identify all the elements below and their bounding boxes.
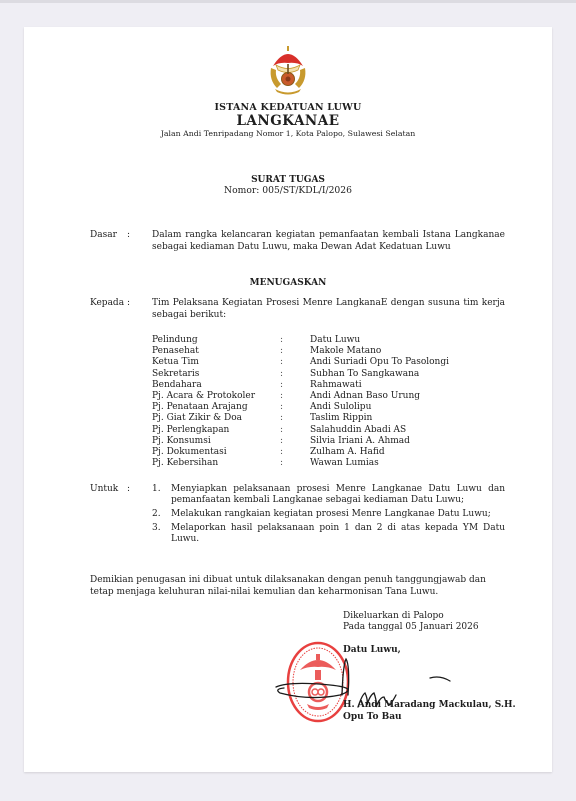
kepada-colon: :	[127, 298, 130, 308]
issue-info: Dikeluarkan di Palopo Pada tanggal 05 Ja…	[343, 611, 479, 634]
dasar-colon: :	[127, 230, 130, 240]
untuk-label: Untuk	[90, 484, 118, 494]
team-colon: :	[280, 369, 283, 380]
team-list: Pelindung:Datu LuwuPenasehat:Makole Mata…	[152, 335, 452, 469]
team-row: Pj. Acara & Protokoler:Andi Adnan Baso U…	[152, 391, 452, 402]
team-colon: :	[280, 436, 283, 447]
team-role: Pj. Kebersihan	[152, 458, 218, 469]
team-member-name: Zulham A. Hafid	[310, 447, 385, 458]
menugaskan-heading: MENUGASKAN	[24, 278, 552, 288]
team-member-name: Andi Suriadi Opu To Pasolongi	[310, 357, 449, 368]
issue-place: Dikeluarkan di Palopo	[343, 611, 479, 622]
team-member-name: Wawan Lumias	[310, 458, 379, 469]
kedatuan-emblem-icon	[267, 44, 309, 96]
team-role: Pj. Acara & Protokoler	[152, 391, 255, 402]
team-row: Pj. Penataan Arajang:Andi Sulolipu	[152, 402, 452, 413]
task-text: Melakukan rangkaian kegiatan prosesi Men…	[171, 509, 491, 519]
team-colon: :	[280, 447, 283, 458]
task-number: 1.	[152, 484, 161, 495]
kepada-text: Tim Pelaksana Kegiatan Prosesi Menre Lan…	[152, 298, 505, 321]
team-role: Pj. Konsumsi	[152, 436, 211, 447]
institution-subtitle: LANGKANAE	[24, 113, 552, 129]
team-colon: :	[280, 346, 283, 357]
task-list: 1.Menyiapkan pelaksanaan prosesi Menre L…	[152, 484, 505, 548]
task-number: 3.	[152, 523, 161, 534]
team-role: Pj. Dokumentasi	[152, 447, 227, 458]
team-member-name: Silvia Iriani A. Ahmad	[310, 436, 410, 447]
team-role: Bendahara	[152, 380, 202, 391]
untuk-colon: :	[127, 484, 130, 494]
team-row: Pj. Giat Zikir & Doa:Taslim Rippin	[152, 413, 452, 424]
team-row: Bendahara:Rahmawati	[152, 380, 452, 391]
document-title: SURAT TUGAS	[24, 175, 552, 185]
team-role: Pj. Perlengkapan	[152, 425, 229, 436]
top-bar	[0, 0, 576, 3]
team-colon: :	[280, 391, 283, 402]
signatory-honorific: Opu To Bau	[343, 712, 516, 724]
dasar-text: Dalam rangka kelancaran kegiatan pemanfa…	[152, 230, 505, 253]
team-colon: :	[280, 425, 283, 436]
team-role: Pj. Penataan Arajang	[152, 402, 248, 413]
closing-paragraph: Demikian penugasan ini dibuat untuk dila…	[90, 575, 505, 598]
team-row: Pelindung:Datu Luwu	[152, 335, 452, 346]
team-member-name: Taslim Rippin	[310, 413, 372, 424]
document-number: Nomor: 005/ST/KDL/I/2026	[24, 185, 552, 196]
team-colon: :	[280, 458, 283, 469]
issue-date: Pada tanggal 05 Januari 2026	[343, 622, 479, 633]
team-row: Pj. Kebersihan:Wawan Lumias	[152, 458, 452, 469]
team-member-name: Andi Sulolipu	[310, 402, 371, 413]
team-role: Sekretaris	[152, 369, 199, 380]
team-colon: :	[280, 335, 283, 346]
task-item: 1.Menyiapkan pelaksanaan prosesi Menre L…	[152, 484, 505, 506]
task-item: 3.Melaporkan hasil pelaksanaan poin 1 da…	[152, 523, 505, 545]
task-text: Menyiapkan pelaksanaan prosesi Menre Lan…	[171, 484, 505, 505]
signatory-title: Datu Luwu,	[343, 645, 401, 655]
signatory-name: H. Andi Maradang Mackulau, S.H.	[343, 700, 516, 712]
task-text: Melaporkan hasil pelaksanaan poin 1 dan …	[171, 523, 505, 544]
team-row: Pj. Perlengkapan:Salahuddin Abadi AS	[152, 425, 452, 436]
team-colon: :	[280, 380, 283, 391]
team-row: Ketua Tim:Andi Suriadi Opu To Pasolongi	[152, 357, 452, 368]
team-role: Ketua Tim	[152, 357, 199, 368]
team-row: Sekretaris:Subhan To Sangkawana	[152, 369, 452, 380]
dasar-label: Dasar	[90, 230, 117, 240]
team-member-name: Datu Luwu	[310, 335, 360, 346]
team-role: Pj. Giat Zikir & Doa	[152, 413, 242, 424]
team-member-name: Andi Adnan Baso Urung	[310, 391, 420, 402]
team-row: Pj. Dokumentasi:Zulham A. Hafid	[152, 447, 452, 458]
team-colon: :	[280, 413, 283, 424]
team-member-name: Salahuddin Abadi AS	[310, 425, 406, 436]
team-colon: :	[280, 357, 283, 368]
institution-address: Jalan Andi Tenripadang Nomor 1, Kota Pal…	[24, 129, 552, 138]
team-role: Penasehat	[152, 346, 199, 357]
team-member-name: Subhan To Sangkawana	[310, 369, 419, 380]
team-member-name: Rahmawati	[310, 380, 362, 391]
team-row: Penasehat:Makole Matano	[152, 346, 452, 357]
kepada-label: Kepada	[90, 298, 124, 308]
team-role: Pelindung	[152, 335, 198, 346]
team-colon: :	[280, 402, 283, 413]
team-member-name: Makole Matano	[310, 346, 381, 357]
task-number: 2.	[152, 509, 161, 520]
team-row: Pj. Konsumsi:Silvia Iriani A. Ahmad	[152, 436, 452, 447]
institution-name: ISTANA KEDATUAN LUWU	[24, 102, 552, 113]
task-item: 2.Melakukan rangkaian kegiatan prosesi M…	[152, 509, 505, 520]
signatory-block: H. Andi Maradang Mackulau, S.H. Opu To B…	[343, 700, 516, 723]
